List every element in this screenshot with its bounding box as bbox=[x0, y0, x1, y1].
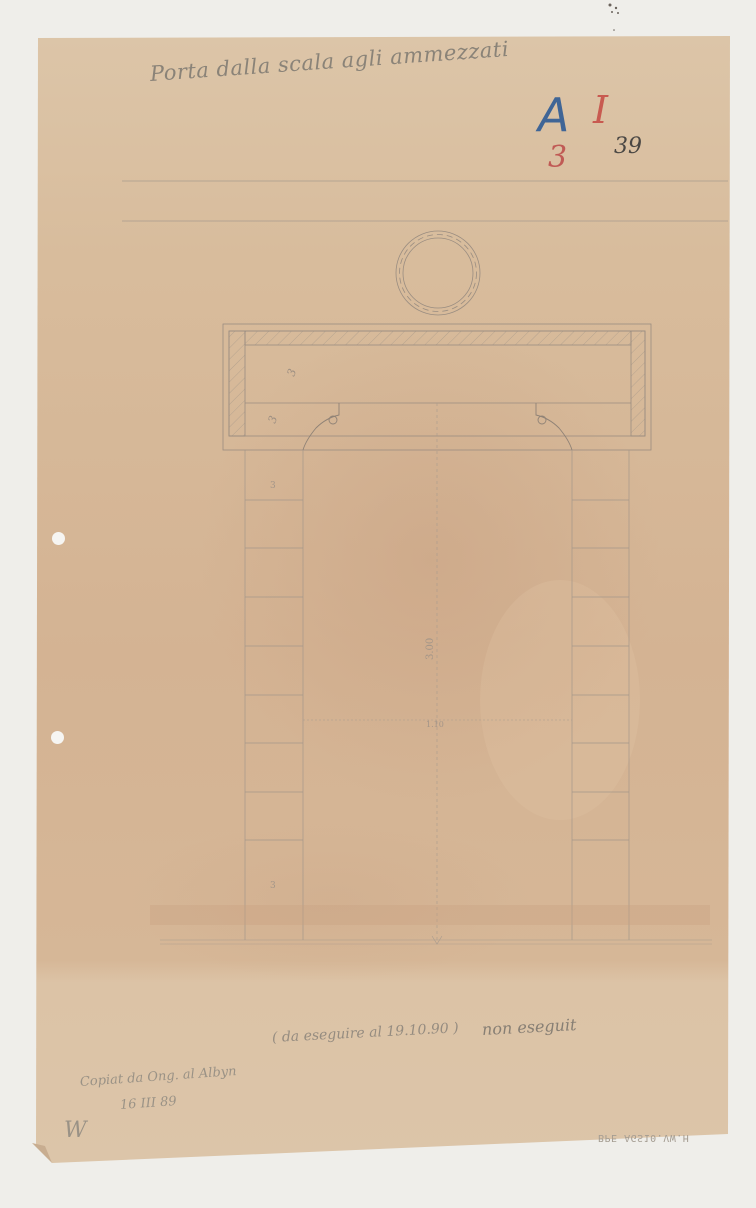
jamb-mark: 3 bbox=[270, 481, 276, 491]
archive-stamp: BPE AGS10.VW.H bbox=[598, 1132, 689, 1143]
dimension-horizontal-label: 1.10 bbox=[426, 720, 444, 729]
scan-specks bbox=[600, 0, 630, 40]
initial-mark: W bbox=[64, 1118, 87, 1143]
catalog-letter: A bbox=[538, 88, 569, 142]
catalog-number: 39 bbox=[614, 134, 642, 159]
catalog-digit-red: 3 bbox=[548, 140, 567, 175]
catalog-roman-red: I bbox=[593, 88, 608, 132]
punch-hole bbox=[52, 532, 65, 545]
jamb-mark: 3 bbox=[270, 881, 276, 891]
punch-hole bbox=[51, 731, 64, 744]
dimension-vertical-label: 3.00 bbox=[425, 638, 436, 660]
